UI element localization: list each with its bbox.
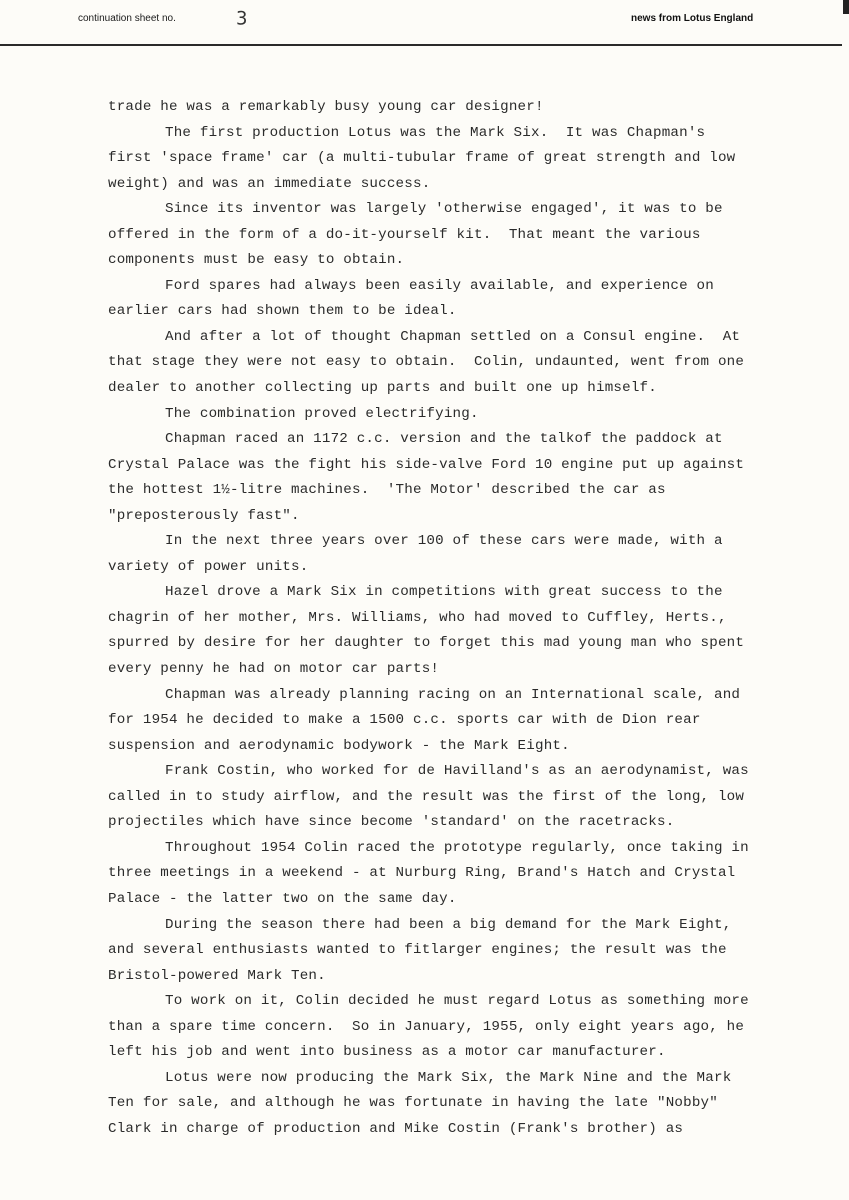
text-line: And after a lot of thought Chapman settl… — [108, 325, 808, 351]
sheet-number: 3 — [236, 7, 247, 29]
header-rule — [0, 44, 842, 46]
letterhead: continuation sheet no. 3 news from Lotus… — [0, 0, 849, 46]
typed-body-text: trade he was a remarkably busy young car… — [108, 95, 808, 1142]
text-line: weight) and was an immediate success. — [108, 172, 808, 198]
text-line: The combination proved electrifying. — [108, 402, 808, 428]
scan-edge-mark — [843, 0, 849, 14]
text-line: spurred by desire for her daughter to fo… — [108, 631, 808, 657]
text-line: Chapman was already planning racing on a… — [108, 683, 808, 709]
text-line: The first production Lotus was the Mark … — [108, 121, 808, 147]
text-line: Clark in charge of production and Mike C… — [108, 1117, 808, 1143]
text-line: trade he was a remarkably busy young car… — [108, 95, 808, 121]
text-line: chagrin of her mother, Mrs. Williams, wh… — [108, 606, 808, 632]
text-line: Lotus were now producing the Mark Six, t… — [108, 1066, 808, 1092]
text-line: Frank Costin, who worked for de Havillan… — [108, 759, 808, 785]
text-line: that stage they were not easy to obtain.… — [108, 350, 808, 376]
text-line: components must be easy to obtain. — [108, 248, 808, 274]
text-line: three meetings in a weekend - at Nurburg… — [108, 861, 808, 887]
text-line: called in to study airflow, and the resu… — [108, 785, 808, 811]
text-line: suspension and aerodynamic bodywork - th… — [108, 734, 808, 760]
text-line: than a spare time concern. So in January… — [108, 1015, 808, 1041]
text-line: dealer to another collecting up parts an… — [108, 376, 808, 402]
continuation-sheet-label: continuation sheet no. — [78, 13, 176, 24]
text-line: Ten for sale, and although he was fortun… — [108, 1091, 808, 1117]
text-line: Chapman raced an 1172 c.c. version and t… — [108, 427, 808, 453]
text-line: To work on it, Colin decided he must reg… — [108, 989, 808, 1015]
text-line: Hazel drove a Mark Six in competitions w… — [108, 580, 808, 606]
text-line: for 1954 he decided to make a 1500 c.c. … — [108, 708, 808, 734]
text-line: Bristol-powered Mark Ten. — [108, 964, 808, 990]
text-line: Since its inventor was largely 'otherwis… — [108, 197, 808, 223]
text-line: earlier cars had shown them to be ideal. — [108, 299, 808, 325]
text-line: Ford spares had always been easily avail… — [108, 274, 808, 300]
text-line: first 'space frame' car (a multi-tubular… — [108, 146, 808, 172]
text-line: left his job and went into business as a… — [108, 1040, 808, 1066]
text-line: During the season there had been a big d… — [108, 913, 808, 939]
text-line: "preposterously fast". — [108, 504, 808, 530]
text-line: projectiles which have since become 'sta… — [108, 810, 808, 836]
text-line: variety of power units. — [108, 555, 808, 581]
text-line: In the next three years over 100 of thes… — [108, 529, 808, 555]
text-line: Crystal Palace was the fight his side-va… — [108, 453, 808, 479]
text-line: Throughout 1954 Colin raced the prototyp… — [108, 836, 808, 862]
text-line: offered in the form of a do-it-yourself … — [108, 223, 808, 249]
text-line: every penny he had on motor car parts! — [108, 657, 808, 683]
text-line: Palace - the latter two on the same day. — [108, 887, 808, 913]
source-label: news from Lotus England — [631, 13, 753, 24]
text-line: and several enthusiasts wanted to fitlar… — [108, 938, 808, 964]
text-line: the hottest 1½-litre machines. 'The Moto… — [108, 478, 808, 504]
